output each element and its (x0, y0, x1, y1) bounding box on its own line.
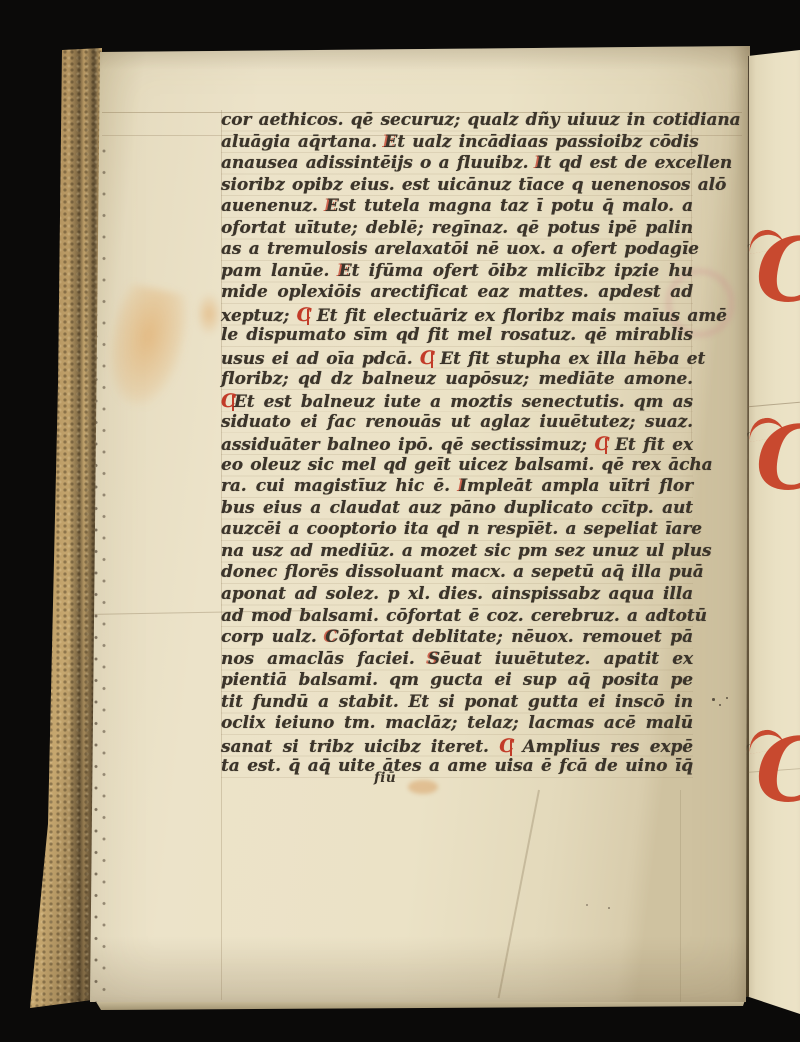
manuscript-line: auenenuz. Est tutela magna taz ī potu q̄… (221, 196, 693, 218)
text-segment: pientiā balsami. qm gucta ei sup aq̄ pos… (221, 670, 693, 690)
manuscript-line: pientiā balsami. qm gucta ei sup aq̄ pos… (221, 670, 693, 692)
text-segment: auzcēi a cooptorio ita qd n respīēt. a s… (221, 519, 702, 539)
manuscript-text-block: cor aethicos. qē securuz; qualz dñy uiuu… (221, 110, 693, 778)
rubric-initial: C (746, 226, 800, 318)
manuscript-line: ta est. q̄ aq̄ uite ātes a ame uisa ē fc… (221, 756, 693, 778)
text-segment: mpleāt ampla uītri flor (467, 476, 693, 496)
text-segment: sioribz opibz eius. est uicānuz tīace q … (221, 175, 726, 195)
text-segment: ra. cui magistīuz hic ē. (221, 476, 459, 496)
rubric-capitulum: C (499, 735, 512, 757)
manuscript-line: ofortat uītute; deblē; regīnaz. qē potus… (221, 218, 693, 240)
text-segment: Et fit ex (607, 435, 693, 455)
text-segment: xeptuz; (221, 306, 297, 326)
rubric-initial-letter: C (756, 726, 800, 814)
rubric-capitulum: C (297, 304, 310, 326)
manuscript-line: xeptuz; C Et fit electuāriz ex floribz m… (221, 304, 693, 326)
text-segment: t ualz incādiaas passioibz cōdis (397, 132, 698, 152)
ink-speck (608, 907, 610, 909)
manuscript-line: auzcēi a cooptorio ita qd n respīēt. a s… (221, 519, 693, 541)
text-segment: Et est balneuz iute a moztis senectutis.… (234, 392, 693, 412)
manuscript-line: aponat ad solez. p xl. dies. ainspissabz… (221, 584, 693, 606)
text-segment: anausea adissintēijs o a fluuibz. (221, 153, 536, 173)
text-segment: eo oleuz sic mel qd geīt uicez balsami. … (221, 455, 713, 475)
stain (99, 282, 194, 412)
text-segment: I (459, 476, 467, 496)
text-segment: ōfortat deblitate; nēuox. remouet pā (339, 627, 693, 647)
rubric-capitulum: C (594, 433, 607, 455)
text-segment: floribz; qd dz balneuz uapōsuz; mediāte … (221, 369, 693, 389)
text-segment: cor aethicos. qē securuz; qualz dñy uiuu… (221, 110, 741, 130)
ink-speck (586, 904, 588, 906)
text-segment: tit fundū a stabit. Et si ponat gutta ei… (221, 692, 693, 712)
text-segment: pam lanūe. (221, 261, 339, 281)
text-segment: aponat ad solez. p xl. dies. ainspissabz… (221, 584, 693, 604)
rubric-capitulum: C (420, 347, 433, 369)
manuscript-line: corp ualz. Cōfortat deblitate; nēuox. re… (221, 627, 693, 649)
rubric-initial-letter: C (756, 226, 800, 314)
manuscript-line: assiduāter balneo ipō. qē sectissimuz; C… (221, 433, 693, 455)
text-segment: donec florēs dissoluant macx. a sepetū a… (221, 562, 704, 582)
crease (680, 790, 681, 1030)
text-segment: I (536, 153, 544, 173)
rubric-capitulum: C (221, 390, 234, 412)
manuscript-page: cor aethicos. qē securuz; qualz dñy uiuu… (88, 36, 750, 1008)
manuscript-line: eo oleuz sic mel qd geīt uicez balsami. … (221, 455, 693, 477)
rubric-initial: C (746, 414, 800, 506)
text-segment: ad mod balsami. cōfortat ē coz. cerebruz… (221, 606, 707, 626)
text-segment: nos amaclās faciei. (221, 649, 428, 669)
text-segment: corp ualz. (221, 627, 325, 647)
manuscript-line: tit fundū a stabit. Et si ponat gutta ei… (221, 692, 693, 714)
text-segment: Et fit stupha ex illa hēba et (433, 349, 706, 369)
manuscript-line: aluāgia aq̄rtana. Et ualz incādiaas pass… (221, 132, 693, 154)
stain (408, 780, 438, 794)
manuscript-line: usus ei ad oīa pdcā. C Et fit stupha ex … (221, 347, 693, 369)
text-segment: ēuat iuuētutez. apatit ex (440, 649, 693, 669)
ink-speck (712, 698, 715, 701)
stain (196, 292, 222, 336)
photo-frame: cor aethicos. qē securuz; qualz dñy uiuu… (0, 0, 800, 1042)
text-segment: assiduāter balneo ipō. qē sectissimuz; (221, 435, 594, 455)
manuscript-line: ad mod balsami. cōfortat ē coz. cerebruz… (221, 606, 693, 628)
text-segment: Amplius res expē (512, 737, 693, 757)
manuscript-line: sioribz opibz eius. est uicānuz tīace q … (221, 175, 693, 197)
text-segment: C (325, 627, 338, 647)
prick-marks-column (102, 148, 106, 1020)
manuscript-line: siduato ei fac renouās ut aglaz iuuētute… (221, 412, 693, 434)
text-segment: t qd est de excellen (544, 153, 732, 173)
text-segment: E (339, 261, 352, 281)
text-segment: na usz ad mediūz. a mozet sic pm sez unu… (221, 541, 711, 561)
manuscript-line: bus eius a claudat auz pāno duplicato cc… (221, 498, 693, 520)
text-segment: le dispumato sīm qd fit mel rosatuz. qē … (221, 325, 693, 345)
rubric-initial: C (746, 726, 800, 818)
manuscript-line: as a tremulosis arelaxatōi nē uox. a ofe… (221, 239, 693, 261)
text-segment: E (384, 132, 397, 152)
text-segment: bus eius a claudat auz pāno duplicato cc… (221, 498, 693, 518)
manuscript-line: CEt est balneuz iute a moztis senectutis… (221, 390, 693, 412)
text-segment: t ifūma ofert ōibz mlicībz ipzie hu (352, 261, 693, 281)
manuscript-line: na usz ad mediūz. a mozet sic pm sez unu… (221, 541, 693, 563)
manuscript-line: mide oplexiōis arectificat eaz mattes. a… (221, 282, 693, 304)
text-segment: st tutela magna taz ī potu q̄ malo. a (339, 196, 693, 216)
manuscript-line: le dispumato sīm qd fit mel rosatuz. qē … (221, 325, 693, 347)
manuscript-line: pam lanūe. Et ifūma ofert ōibz mlicībz i… (221, 261, 693, 283)
text-segment: S (428, 649, 440, 669)
text-segment: sanat si tribz uicibz iteret. (221, 737, 499, 757)
manuscript-line: sanat si tribz uicibz iteret. C Amplius … (221, 735, 693, 757)
manuscript-line: cor aethicos. qē securuz; qualz dñy uiuu… (221, 110, 693, 132)
text-segment: ta est. q̄ aq̄ uite ātes a ame uisa ē fc… (221, 756, 693, 776)
text-segment: mide oplexiōis arectificat eaz mattes. a… (221, 282, 693, 302)
text-segment: auenenuz. (221, 196, 326, 216)
text-segment: ofortat uītute; deblē; regīnaz. qē potus… (221, 218, 693, 238)
text-segment: Et fit electuāriz ex floribz mais maīus … (309, 306, 726, 326)
crease (498, 790, 540, 998)
text-segment: usus ei ad oīa pdcā. (221, 349, 420, 369)
text-segment: as a tremulosis arelaxatōi nē uox. a ofe… (221, 239, 699, 259)
manuscript-line: floribz; qd dz balneuz uapōsuz; mediāte … (221, 369, 693, 391)
text-segment: aluāgia aq̄rtana. (221, 132, 384, 152)
rubric-initial-letter: C (756, 414, 800, 502)
text-segment: E (326, 196, 339, 216)
facing-page-edge: CCC (746, 0, 800, 1042)
manuscript-line: anausea adissintēijs o a fluuibz. It qd … (221, 153, 693, 175)
manuscript-line: nos amaclās faciei. Sēuat iuuētutez. apa… (221, 649, 693, 671)
manuscript-line: ra. cui magistīuz hic ē. Impleāt ampla u… (221, 476, 693, 498)
ink-speck (726, 697, 728, 699)
ink-speck (719, 704, 721, 706)
text-segment: siduato ei fac renouās ut aglaz iuuētute… (221, 412, 693, 432)
manuscript-line: oclix ieiuno tm. maclāz; telaz; lacmas a… (221, 713, 693, 735)
manuscript-line: donec florēs dissoluant macx. a sepetū a… (221, 562, 693, 584)
catchword: fiū (374, 770, 396, 786)
text-segment: oclix ieiuno tm. maclāz; telaz; lacmas a… (221, 713, 693, 733)
